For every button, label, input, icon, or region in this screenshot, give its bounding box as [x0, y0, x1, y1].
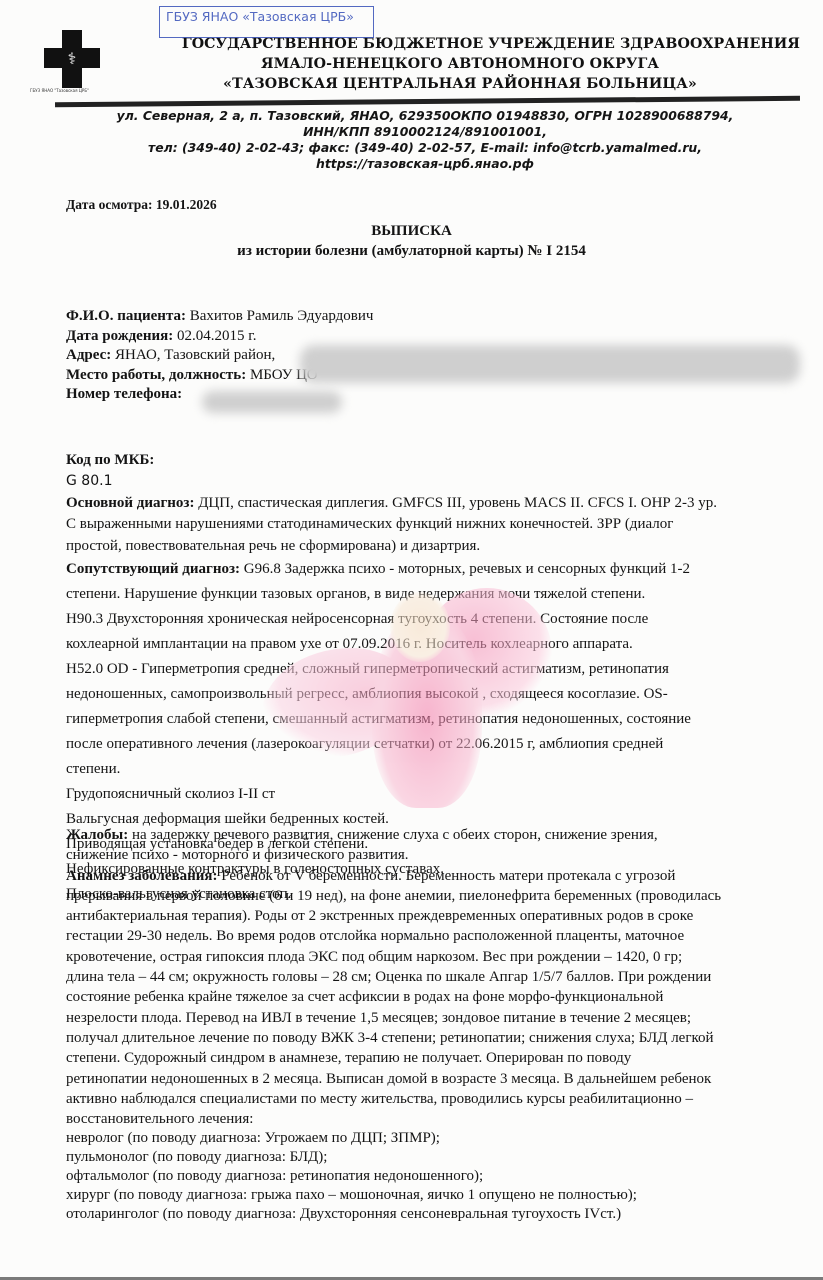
redacted-phone-blur — [202, 391, 342, 413]
document-title: ВЫПИСКА — [0, 223, 823, 240]
specialist-item: невролог (по поводу диагноза: Угрожаем п… — [66, 1129, 806, 1148]
address-label: Адрес: — [66, 347, 111, 363]
birth-date-row: Дата рождения: 02.04.2015 г. — [66, 327, 373, 347]
complaints-value: на задержку речевого развития, снижение … — [66, 827, 658, 863]
complaints-anamnesis-section: Жалобы: на задержку речевого развития, с… — [66, 826, 806, 1224]
logo-caption: ГБУЗ ЯНАО "Тазовская ЦРБ" — [30, 88, 110, 93]
icd-code: Код по МКБ: G 80.1 — [66, 428, 806, 493]
workplace-label: Место работы, должность: — [66, 367, 246, 383]
document-page: ⚕ ГБУЗ ЯНАО "Тазовская ЦРБ" ГОСУДАРСТВЕН… — [0, 0, 823, 1280]
patient-name-value: Вахитов Рамиль Эдуардович — [190, 308, 374, 324]
main-diagnosis-label: Основной диагноз: — [66, 495, 194, 511]
org-line-3: «ТАЗОВСКАЯ ЦЕНТРАЛЬНАЯ РАЙОННАЯ БОЛЬНИЦА… — [120, 74, 800, 94]
main-diagnosis: Основной диагноз: ДЦП, спастическая дипл… — [66, 493, 806, 558]
diagnosis-item: H90.3 Двухсторонняя хроническая нейросен… — [66, 607, 806, 657]
icd-label: Код по МКБ: — [66, 452, 154, 468]
exam-date-label: Дата осмотра: — [66, 197, 153, 212]
redacted-address-blur — [300, 345, 800, 383]
medical-cross-caduceus-icon: ⚕ — [42, 28, 102, 88]
organization-name: ГОСУДАРСТВЕННОЕ БЮДЖЕТНОЕ УЧРЕЖДЕНИЕ ЗДР… — [120, 34, 800, 94]
specialist-item: офтальмолог (по поводу диагноза: ретиноп… — [66, 1167, 806, 1186]
diagnosis-item: H52.0 OD - Гиперметропия средней, сложны… — [66, 657, 806, 782]
patient-name-label: Ф.И.О. пациента: — [66, 308, 186, 324]
concomitant-diagnosis-label: Сопутствующий диагноз: — [66, 561, 240, 577]
icd-value: G 80.1 — [66, 473, 112, 489]
specialist-item: отоларинголог (по поводу диагноза: Двухс… — [66, 1205, 806, 1224]
specialist-item: пульмонолог (по поводу диагноза: БЛД); — [66, 1148, 806, 1167]
concomitant-diagnosis: Сопутствующий диагноз: G96.8 Задержка пс… — [66, 557, 806, 607]
birth-date-value: 02.04.2015 г. — [177, 328, 256, 344]
contact-inn: ИНН/КПП 8910002124/891001001, — [60, 124, 790, 140]
contact-website: https://тазовская-црб.янао.рф — [60, 156, 790, 172]
patient-name-row: Ф.И.О. пациента: Вахитов Рамиль Эдуардов… — [66, 307, 373, 327]
document-subtitle: из истории болезни (амбулаторной карты) … — [0, 243, 823, 260]
birth-date-label: Дата рождения: — [66, 328, 173, 344]
contact-phone-email: тел: (349-40) 2-02-43; факс: (349-40) 2-… — [60, 140, 790, 156]
contact-info: ул. Северная, 2 а, п. Тазовский, ЯНАО, 6… — [60, 108, 790, 172]
stamp-line-1: ГБУЗ ЯНАО «Тазовская ЦРБ» — [166, 9, 354, 24]
anamnesis-value: Ребенок от V беременности. Беременность … — [66, 868, 721, 1128]
address-value: ЯНАО, Тазовский район, — [115, 347, 275, 363]
exam-date-value: 19.01.2026 — [156, 197, 217, 212]
complaints: Жалобы: на задержку речевого развития, с… — [66, 826, 806, 866]
anamnesis: Анамнез заболевания: Ребенок от V береме… — [66, 866, 806, 1130]
exam-date: Дата осмотра: 19.01.2026 — [66, 197, 217, 213]
contact-address: ул. Северная, 2 а, п. Тазовский, ЯНАО, 6… — [60, 108, 790, 124]
anamnesis-label: Анамнез заболевания: — [66, 868, 217, 884]
institution-stamp: ГБУЗ ЯНАО «Тазовская ЦРБ» — [159, 6, 374, 38]
org-line-2: ЯМАЛО-НЕНЕЦКОГО АВТОНОМНОГО ОКРУГА — [120, 54, 800, 74]
complaints-label: Жалобы: — [66, 827, 128, 843]
header-divider — [55, 96, 800, 108]
specialist-item: хирург (по поводу диагноза: грыжа пахо –… — [66, 1186, 806, 1205]
phone-label: Номер телефона: — [66, 386, 182, 402]
diagnosis-item: Грудопоясничный сколиоз I-II ст — [66, 782, 806, 807]
